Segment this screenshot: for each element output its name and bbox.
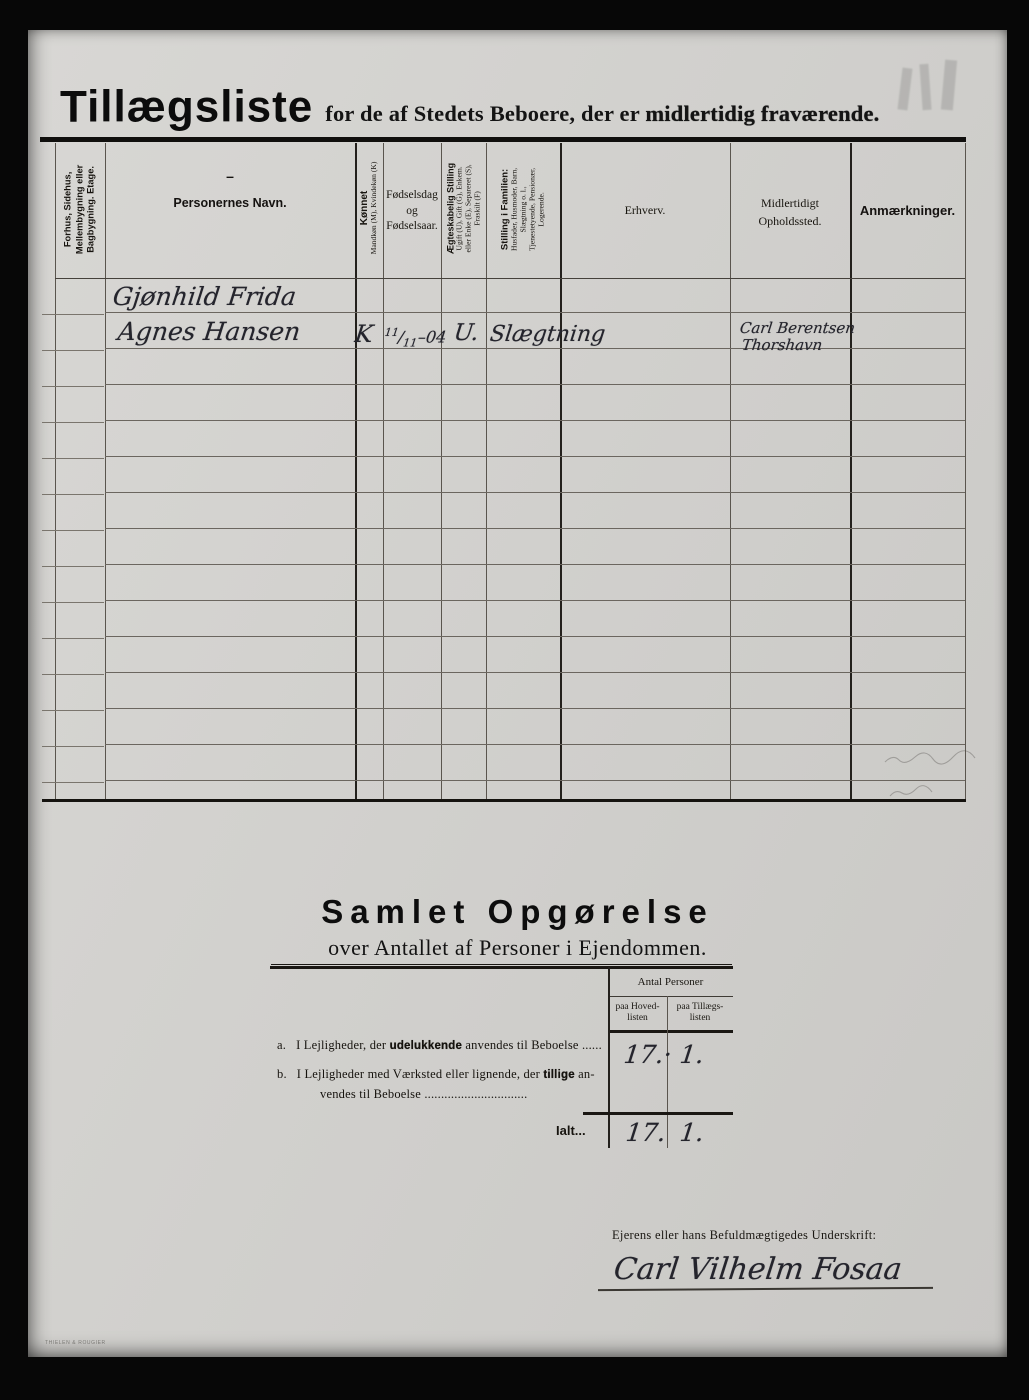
summary-subheader-top-line <box>608 996 733 997</box>
ruled-line <box>105 744 965 745</box>
summary-col-tillaegs: paa Tillægs- listen <box>669 1002 731 1024</box>
ruled-line <box>105 708 965 709</box>
form-title-row: Tillægsliste for de af Stedets Beboere, … <box>60 82 995 132</box>
column-header-name: Personernes Navn. <box>105 196 355 210</box>
ruled-line <box>105 348 965 349</box>
summary-subtitle: over Antallet af Personer i Ejendommen. <box>28 935 1007 961</box>
summary-value-a-tillaegs: 1. <box>678 1040 705 1069</box>
printer-mark: THIELEN & ROUGIER <box>45 1340 106 1346</box>
bleed-through-marks <box>919 64 931 111</box>
ruled-line-margin <box>42 386 104 387</box>
title-heavy-rule <box>40 137 966 142</box>
entry-birth-month: 11 <box>402 337 418 350</box>
signature-underline <box>598 1287 933 1291</box>
ruled-line-margin <box>42 566 104 567</box>
ruled-line-margin <box>42 422 104 423</box>
column-header-birth-line1: Fødselsdag <box>383 188 441 204</box>
entry-residence-line1: Carl Berentsen <box>739 319 856 337</box>
form-title: Tillægsliste <box>60 82 313 133</box>
header-bottom-line <box>55 278 965 279</box>
column-header-building-line2: Mellembygning eller <box>74 145 86 273</box>
column-divider <box>105 143 106 800</box>
form-subtitle-bold: midlertidig fraværende. <box>645 101 879 126</box>
pencil-scribbles <box>880 748 980 808</box>
ruled-line <box>105 312 965 313</box>
summary-subheader-bottom-rule <box>608 1030 733 1033</box>
column-header-sex-sub: Mandkøn (M), Kvindekøn (K) <box>370 144 379 272</box>
ruled-line-margin <box>42 458 104 459</box>
signature-label: Ejerens eller hans Befuldmægtigedes Unde… <box>612 1228 876 1243</box>
column-header-building: Forhus, Sidehus, Mellembygning eller Bag… <box>63 145 98 273</box>
summary-value-total-hoved: 17. <box>624 1118 667 1147</box>
column-divider <box>383 143 384 800</box>
summary-col-hoved-line1: paa Hoved- <box>610 1002 665 1013</box>
column-header-sex: Kønnet Mandkøn (M), Kvindekøn (K) <box>359 144 379 272</box>
column-divider <box>560 143 562 800</box>
ruled-line-margin <box>42 710 104 711</box>
paper-sheet: Tillægsliste for de af Stedets Beboere, … <box>28 30 1007 1357</box>
ruled-line <box>105 672 965 673</box>
column-header-name-dash: – <box>105 168 355 184</box>
column-header-building-line3: Bagbygning. Etage. <box>86 145 98 273</box>
column-header-birth: Fødselsdag og Fødselsaar. <box>383 188 441 235</box>
column-header-family-sub4: Logerende. <box>537 145 546 273</box>
column-divider <box>486 143 487 800</box>
summary-row-a-pre: I Lejligheder, der <box>296 1038 390 1052</box>
summary-row-a: a. I Lejligheder, der udelukkende anvend… <box>277 1038 602 1053</box>
summary-vertical-divider-left <box>608 967 610 1148</box>
table-border-left <box>55 143 56 800</box>
column-divider <box>850 143 852 800</box>
scanned-census-form: Tillægsliste for de af Stedets Beboere, … <box>0 0 1029 1400</box>
summary-row-b-post: an- <box>575 1067 595 1081</box>
column-header-residence-line2: Opholdssted. <box>730 212 850 230</box>
summary-row-b-bold: tillige <box>543 1069 574 1081</box>
entry-residence-line2: Thorshavn <box>741 336 824 354</box>
form-subtitle-pre: for de af Stedets Beboere, der er <box>325 101 645 126</box>
entry-family: Slægtning <box>488 322 606 347</box>
summary-total-label: Ialt... <box>556 1123 586 1138</box>
summary-col-hoved-line2: listen <box>610 1013 665 1024</box>
summary-title: Samlet Opgørelse <box>28 893 1007 931</box>
ruled-line-margin <box>42 746 104 747</box>
column-divider <box>441 143 442 800</box>
summary-col-tillaegs-line1: paa Tillægs- <box>669 1002 731 1013</box>
form-subtitle: for de af Stedets Beboere, der er midler… <box>325 101 879 127</box>
column-header-residence-line1: Midlertidigt <box>730 194 850 212</box>
summary-antal-header: Antal Personer <box>608 976 733 988</box>
summary-col-tillaegs-line2: listen <box>669 1013 731 1024</box>
column-header-birth-line3: Fødselsaar. <box>383 219 441 235</box>
column-header-marital-sub3: Fraskilt (F) <box>473 144 482 272</box>
ruled-line-margin <box>42 494 104 495</box>
column-header-marital: Ægteskabelig Stilling Ugift (U), Gift (G… <box>445 144 482 272</box>
ruled-line <box>105 780 965 781</box>
summary-top-rule <box>270 966 733 969</box>
entry-sex: K <box>353 320 374 348</box>
summary-row-b-index: b. <box>277 1067 287 1081</box>
ruled-line <box>105 564 965 565</box>
column-header-building-line1: Forhus, Sidehus, <box>63 145 75 273</box>
entry-birth-year: –04 <box>417 327 448 346</box>
column-header-residence: Midlertidigt Opholdssted. <box>730 194 850 230</box>
ruled-line-margin <box>42 674 104 675</box>
signature-handwritten: Carl Vilhelm Fosaa <box>612 1252 904 1287</box>
table-bottom-heavy-line <box>42 799 966 802</box>
entry-name-line2: Agnes Hansen <box>116 317 302 346</box>
ruled-line <box>105 456 965 457</box>
ruled-line <box>105 636 965 637</box>
ruled-line-margin <box>42 314 104 315</box>
ruled-line-margin <box>42 602 104 603</box>
summary-row-a-index: a. <box>277 1038 286 1052</box>
ruled-line <box>105 384 965 385</box>
summary-total-rule <box>583 1112 733 1115</box>
ruled-line <box>105 600 965 601</box>
ruled-line <box>105 528 965 529</box>
column-header-occupation: Erhverv. <box>560 203 730 218</box>
summary-value-total-tillaegs: 1. <box>678 1118 705 1147</box>
ruled-line-margin <box>42 530 104 531</box>
entry-birthdate: 11/11–04 <box>383 326 448 350</box>
summary-row-a-bold: udelukkende <box>390 1040 463 1052</box>
summary-row-b: b. I Lejligheder med Værksted eller lign… <box>277 1067 595 1082</box>
column-header-family: Stilling i Familien: Husfader, Husmoder,… <box>500 145 547 273</box>
entry-marital: U. <box>452 320 480 346</box>
ruled-line-margin <box>42 638 104 639</box>
summary-row-b-pre: I Lejligheder med Værksted eller lignend… <box>297 1067 544 1081</box>
summary-vertical-divider-mid <box>667 996 668 1148</box>
column-header-remarks: Anmærkninger. <box>850 203 965 218</box>
ruled-line-margin <box>42 350 104 351</box>
column-divider <box>730 143 731 800</box>
table-border-right <box>965 143 966 800</box>
column-header-marital-label: Ægteskabelig Stilling <box>445 144 455 272</box>
column-header-birth-line2: og <box>383 204 441 220</box>
entry-name-line1: Gjønhild Frida <box>111 282 298 311</box>
column-divider <box>355 143 357 800</box>
summary-col-hoved: paa Hoved- listen <box>610 1002 665 1024</box>
summary-value-a-hoved: 17.· <box>622 1040 673 1069</box>
ruled-line <box>105 492 965 493</box>
ruled-line-margin <box>42 782 104 783</box>
summary-row-b-line2: vendes til Beboelse ....................… <box>320 1087 527 1102</box>
ruled-line <box>105 420 965 421</box>
summary-row-a-post: anvendes til Beboelse ...... <box>462 1038 602 1052</box>
